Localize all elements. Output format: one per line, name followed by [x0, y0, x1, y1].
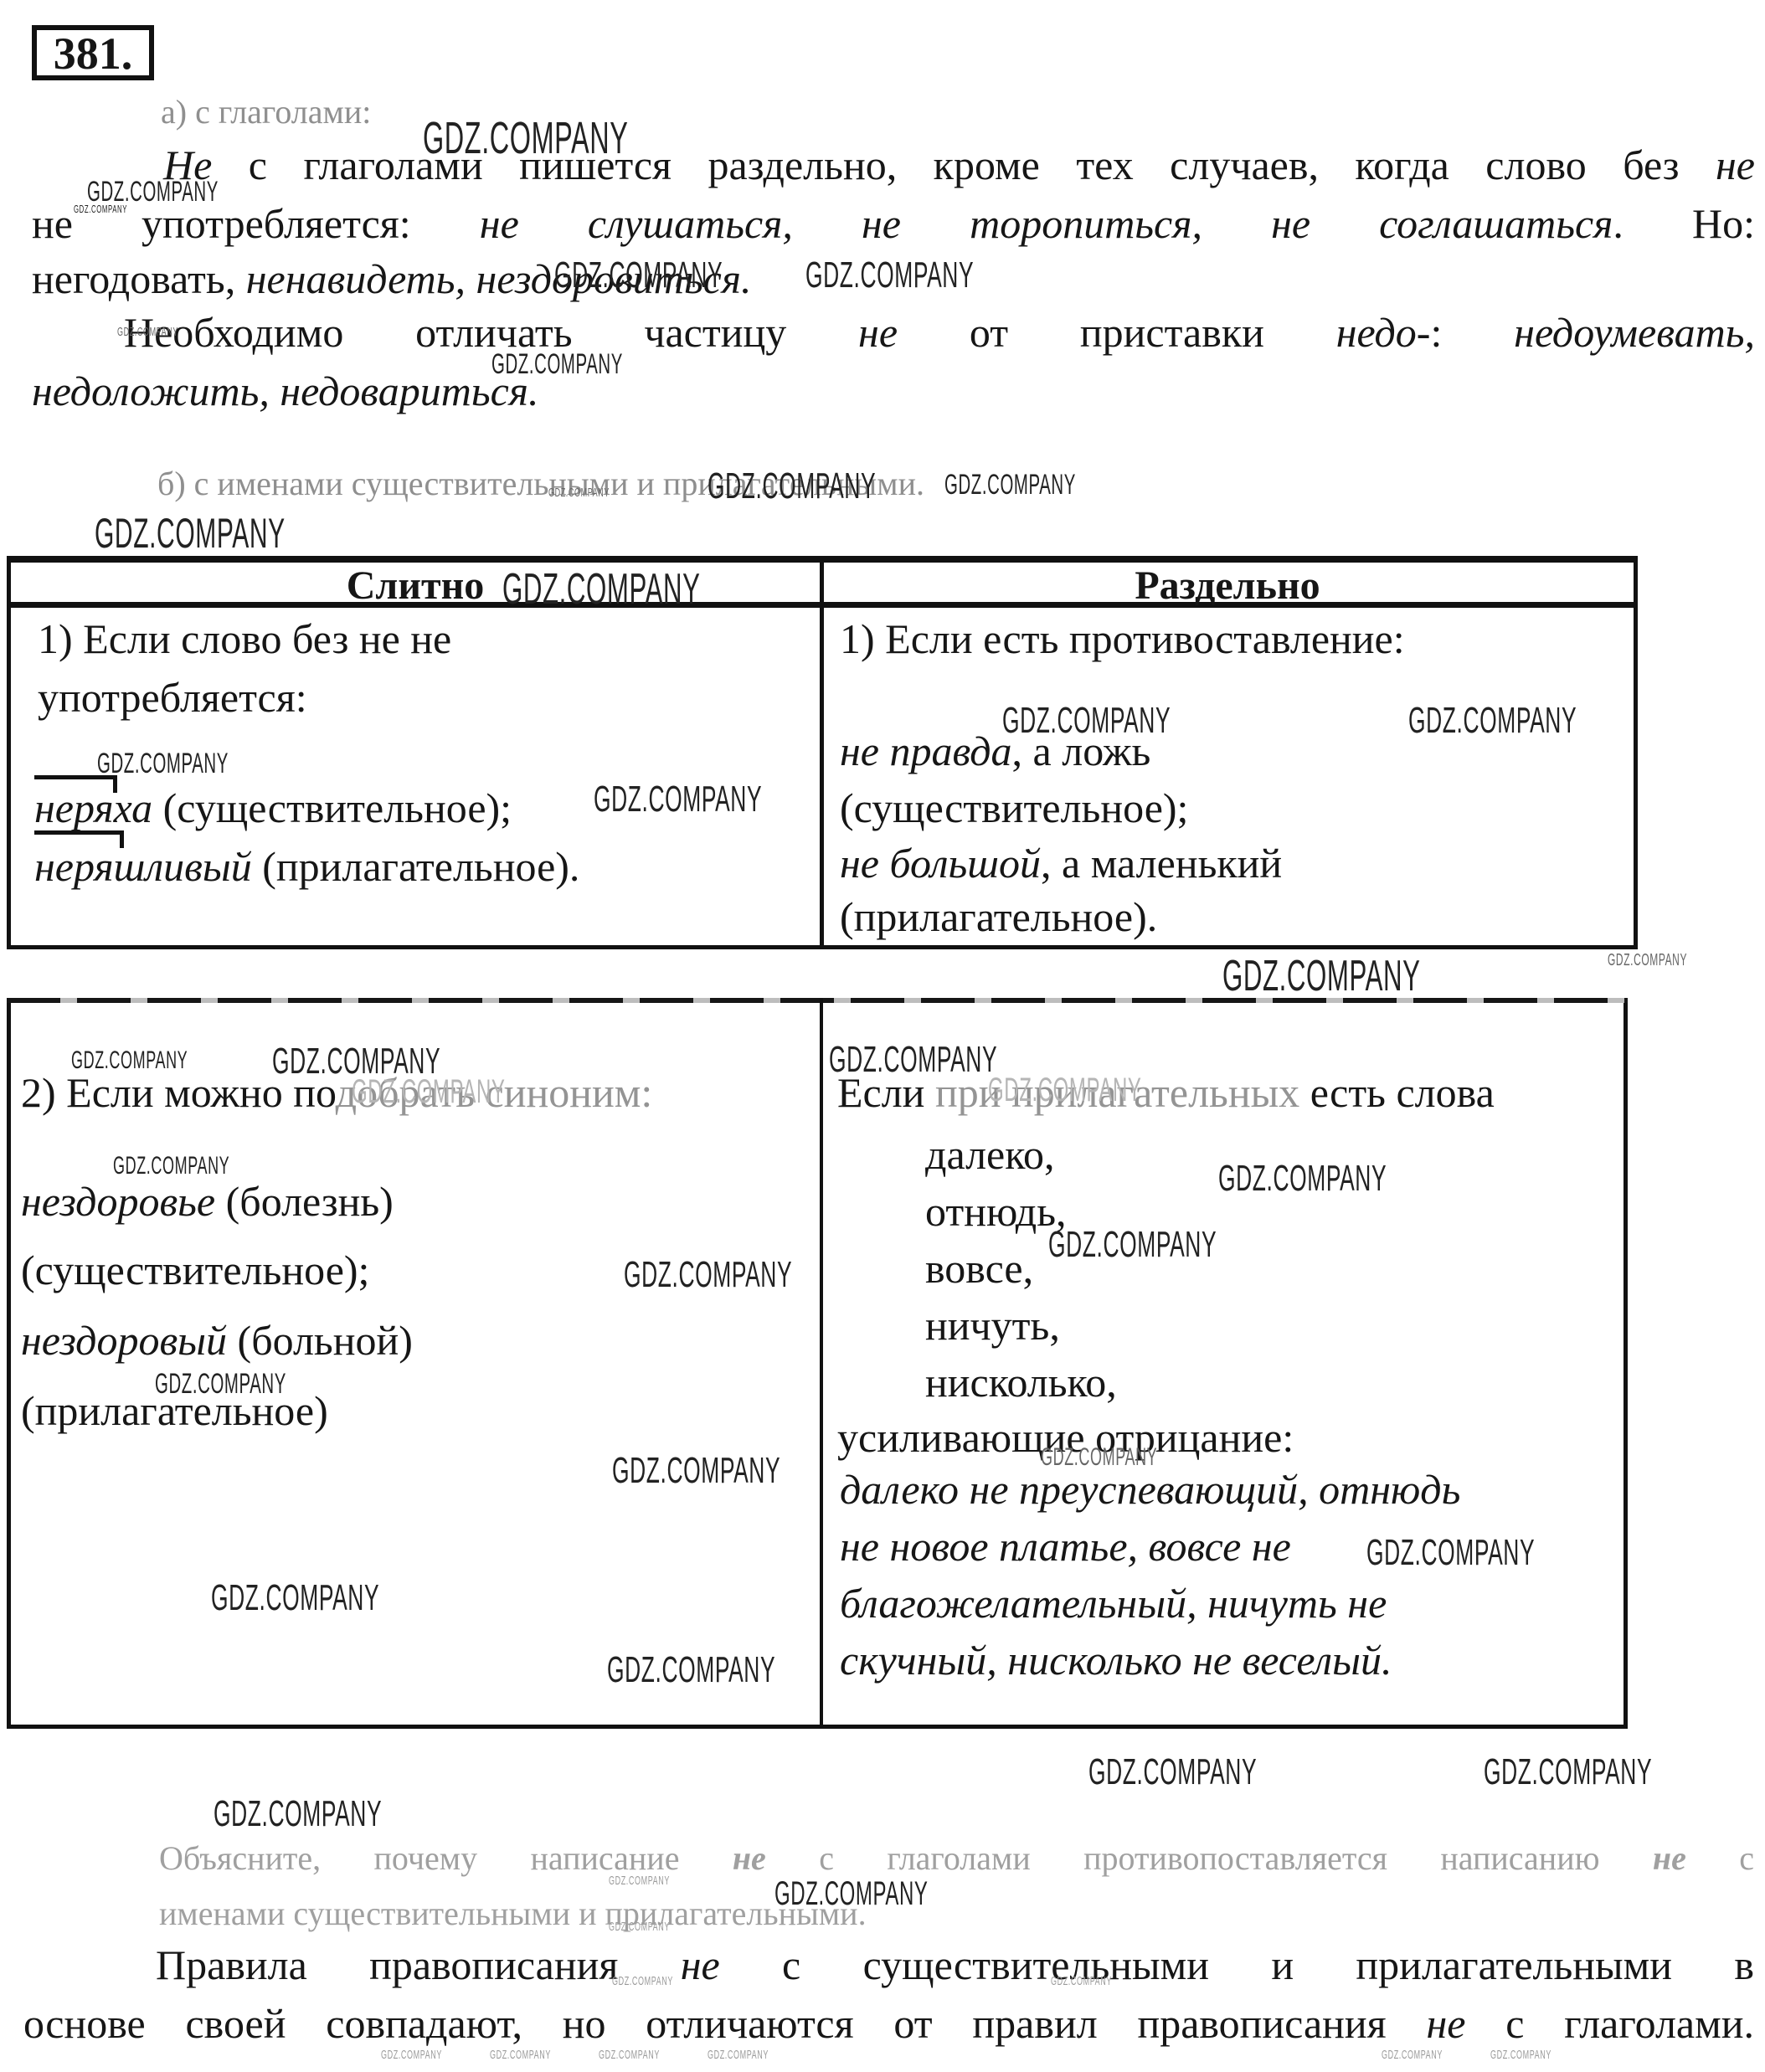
- text-segment: с глаголами.: [1465, 2000, 1754, 2047]
- watermark: GDZ.COMPANY: [554, 255, 723, 296]
- watermark: GDZ.COMPANY: [211, 1577, 379, 1619]
- watermark: GDZ.COMPANY: [607, 1649, 775, 1691]
- text-segment: именами существительными и прилагательны…: [159, 1895, 867, 1932]
- watermark: GDZ.COMPANY: [594, 779, 762, 820]
- watermark: GDZ.COMPANY: [612, 1974, 673, 1988]
- text-segment: не новое платье, вовсе не: [840, 1523, 1291, 1570]
- text-segment: есть слова: [1299, 1069, 1495, 1116]
- text-segment: с глаголами противопоставляется написани…: [766, 1839, 1653, 1877]
- watermark: GDZ.COMPANY: [1088, 1751, 1257, 1793]
- table-cell-line: употребляется:: [38, 675, 307, 721]
- text-segment: 1) Если есть противоставление:: [840, 615, 1405, 662]
- table-cell-line: не новое платье, вовсе не: [840, 1524, 1291, 1570]
- text-segment: (существительное);: [840, 784, 1188, 831]
- watermark: GDZ.COMPANY: [97, 748, 229, 780]
- list-item: ничуть,: [925, 1303, 1060, 1349]
- table-cell-line: далеко не преуспевающий, отнюдь: [840, 1467, 1460, 1513]
- table2-column-divider: [820, 998, 823, 1729]
- watermark: GDZ.COMPANY: [774, 1875, 928, 1913]
- watermark: GDZ.COMPANY: [381, 2048, 442, 2062]
- watermark: GDZ.COMPANY: [1218, 1158, 1387, 1200]
- watermark: GDZ.COMPANY: [1048, 1224, 1217, 1266]
- text-segment: не: [1653, 1839, 1686, 1877]
- table-cell-line: благожелательный, ничуть не: [840, 1581, 1387, 1627]
- text-segment: недоумевать,: [1514, 309, 1755, 356]
- text-segment: неряха: [34, 784, 152, 831]
- text-segment: с существительными и прилагательными в: [720, 1941, 1754, 1988]
- text-segment: , а маленький: [1041, 840, 1282, 887]
- table-cell-line: не большой, а маленький: [840, 841, 1282, 887]
- watermark: GDZ.COMPANY: [1366, 1532, 1535, 1574]
- text-segment: не слушаться, не торопиться, не соглашат…: [480, 200, 1613, 247]
- watermark: GDZ.COMPANY: [1002, 700, 1171, 742]
- watermark: GDZ.COMPANY: [1484, 1751, 1652, 1793]
- instruction-line: Объясните, почему написание не с глагола…: [159, 1840, 1754, 1877]
- text-segment: Объясните, почему написание: [159, 1839, 733, 1877]
- text-segment: нездоровье: [21, 1178, 215, 1225]
- text-segment: не: [681, 1941, 720, 1988]
- exercise-number-box: 381.: [32, 25, 154, 80]
- table-cell-line: неряшливый (прилагательное).: [34, 844, 579, 890]
- text-segment: неряшливый: [34, 843, 252, 890]
- textbook-page: 381. а) с глаголами: Не с глаголами пише…: [0, 0, 1765, 2072]
- paragraph-line: не употребляется: не слушаться, не тороп…: [32, 201, 1755, 247]
- text-segment: недо-: [1336, 309, 1431, 356]
- text-segment: негодовать,: [32, 255, 246, 302]
- watermark: GDZ.COMPANY: [829, 1039, 997, 1081]
- watermark: GDZ.COMPANY: [71, 1046, 188, 1075]
- table-cell-line: 1) Если слово без не не: [38, 616, 451, 662]
- watermark: GDZ.COMPANY: [423, 112, 628, 164]
- list-item: далеко,: [925, 1132, 1054, 1178]
- text-segment: основе своей совпадают, но отличаются от…: [23, 2000, 1426, 2047]
- paragraph-line: Не с глаголами пишется раздельно, кроме …: [32, 142, 1755, 188]
- answer-line: основе своей совпадают, но отличаются от…: [23, 2001, 1754, 2047]
- watermark: GDZ.COMPANY: [708, 2048, 769, 2062]
- watermark: GDZ.COMPANY: [609, 1874, 670, 1888]
- text-segment: недоложить, недовариться.: [32, 368, 539, 414]
- watermark: GDZ.COMPANY: [491, 348, 623, 381]
- list-item: нисколько,: [925, 1360, 1117, 1406]
- answer-line: Правила правописания не с существительны…: [32, 1942, 1754, 1988]
- watermark: GDZ.COMPANY: [805, 255, 974, 296]
- list-item: вовсе,: [925, 1246, 1033, 1292]
- text-segment: употребляется:: [38, 674, 307, 721]
- watermark: GDZ.COMPANY: [214, 1793, 382, 1835]
- watermark: GDZ.COMPANY: [490, 2048, 551, 2062]
- text-segment: не: [1716, 141, 1755, 188]
- text-segment: не: [1426, 2000, 1465, 2047]
- watermark: GDZ.COMPANY: [988, 1072, 1141, 1109]
- table1-header-razdelno: Раздельно: [824, 563, 1631, 609]
- watermark: GDZ.COMPANY: [113, 1152, 229, 1180]
- watermark: GDZ.COMPANY: [1051, 1974, 1112, 1988]
- text-segment: :: [1430, 309, 1514, 356]
- text-segment: 1) Если слово без не не: [38, 615, 451, 662]
- watermark: GDZ.COMPANY: [609, 1920, 670, 1934]
- watermark: GDZ.COMPANY: [1222, 951, 1421, 1001]
- watermark: GDZ.COMPANY: [599, 2048, 660, 2062]
- watermark: GDZ.COMPANY: [1608, 951, 1687, 970]
- section-a-label: а) с глаголами:: [161, 92, 371, 131]
- watermark: GDZ.COMPANY: [612, 1450, 780, 1492]
- text-segment: (болезнь): [215, 1178, 394, 1225]
- watermark: GDZ.COMPANY: [117, 325, 178, 339]
- table-cell-line: нездоровье (болезнь): [21, 1179, 394, 1225]
- watermark: GDZ.COMPANY: [352, 1073, 505, 1111]
- text-segment: не большой: [840, 840, 1041, 887]
- table-cell-line: (прилагательное).: [840, 894, 1157, 940]
- text-segment: (прилагательное).: [252, 843, 580, 890]
- text-segment: . Но:: [1613, 200, 1755, 247]
- watermark: GDZ.COMPANY: [548, 486, 610, 500]
- watermark: GDZ.COMPANY: [708, 465, 876, 507]
- watermark: GDZ.COMPANY: [502, 564, 701, 614]
- watermark: GDZ.COMPANY: [1408, 700, 1577, 742]
- watermark: GDZ.COMPANY: [944, 469, 1076, 501]
- watermark: GDZ.COMPANY: [1382, 2048, 1443, 2062]
- list-item: отнюдь,: [925, 1189, 1067, 1235]
- text-segment: не: [733, 1839, 766, 1877]
- table-cell-line: нездоровый (больной): [21, 1318, 413, 1364]
- watermark: GDZ.COMPANY: [155, 1368, 286, 1401]
- text-segment: далеко не преуспевающий, отнюдь: [840, 1466, 1460, 1513]
- watermark: GDZ.COMPANY: [1490, 2048, 1551, 2062]
- text-segment: не правда: [840, 728, 1012, 774]
- text-segment: (прилагательное).: [840, 893, 1157, 940]
- table-cell-line: 1) Если есть противоставление:: [840, 616, 1405, 662]
- instruction-line: именами существительными и прилагательны…: [159, 1895, 867, 1932]
- text-segment: (больной): [227, 1317, 413, 1364]
- text-segment: (существительное);: [21, 1247, 369, 1293]
- table-cell-line: (существительное);: [21, 1247, 369, 1293]
- text-segment: нездоровый: [21, 1317, 227, 1364]
- table-cell-line: неряха (существительное);: [34, 785, 512, 831]
- paragraph-line: недоложить, недовариться.: [32, 368, 539, 414]
- text-segment: (существительное);: [152, 784, 512, 831]
- text-segment: Правила правописания: [156, 1941, 681, 1988]
- watermark: GDZ.COMPANY: [624, 1254, 792, 1296]
- text-segment: с: [1686, 1839, 1754, 1877]
- text-segment: скучный, нисколько не веселый.: [840, 1637, 1392, 1684]
- text-segment: благожелательный, ничуть не: [840, 1580, 1387, 1627]
- paragraph-line: Необходимо отличать частицу не от приста…: [32, 310, 1755, 356]
- text-segment: не: [858, 309, 898, 356]
- watermark: GDZ.COMPANY: [74, 203, 127, 215]
- text-segment: от приставки: [898, 309, 1336, 356]
- watermark: GDZ.COMPANY: [1041, 1443, 1157, 1472]
- table-cell-line: скучный, нисколько не веселый.: [840, 1638, 1392, 1684]
- table1-column-divider: [820, 556, 824, 949]
- table-cell-line: (существительное);: [840, 785, 1188, 831]
- watermark: GDZ.COMPANY: [95, 509, 286, 558]
